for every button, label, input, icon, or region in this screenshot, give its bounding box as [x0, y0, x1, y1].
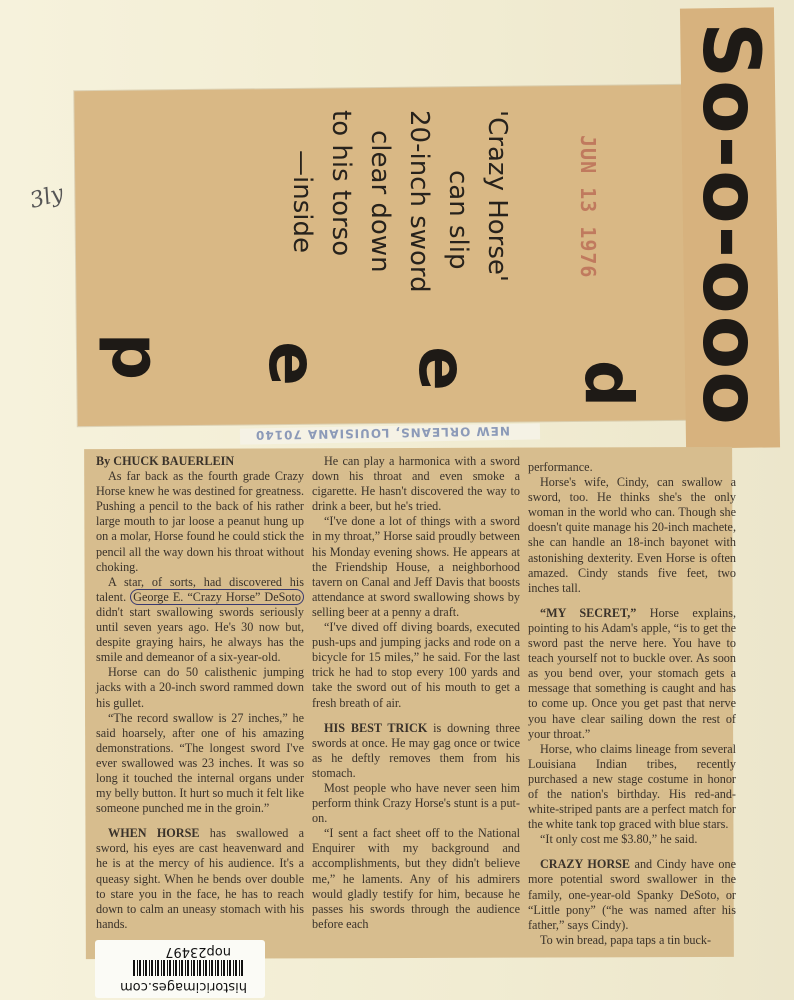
- paragraph: “I've dived off diving boards, executed …: [312, 620, 520, 711]
- archive-id: nop23497: [165, 944, 231, 959]
- archive-barcode-label: historicimages.com nop23497: [95, 940, 265, 998]
- paragraph: A star, of sorts, had discovered his tal…: [96, 575, 304, 666]
- date-stamp: JUN 13 1976: [576, 135, 600, 278]
- teaser-line: clear down: [365, 130, 395, 273]
- paragraph: “MY SECRET,” Horse explains, pointing to…: [528, 606, 736, 742]
- headline-deep-letter: d: [570, 360, 647, 407]
- paragraph: CRAZY HORSE and Cindy have one more pote…: [528, 857, 736, 932]
- teaser-line: can slip: [443, 170, 473, 269]
- paragraph: As far back as the fourth grade Crazy Ho…: [96, 469, 304, 575]
- teaser-line: 'Crazy Horse': [482, 110, 512, 282]
- article-column-2: He can play a harmonica with a sword dow…: [312, 454, 520, 932]
- headline-deep-letter: p: [97, 333, 174, 380]
- archive-site: historicimages.com: [120, 979, 247, 994]
- paragraph: performance.: [528, 460, 736, 475]
- paragraph: “I've done a lot of things with a sword …: [312, 514, 520, 620]
- article-column-1: By CHUCK BAUERLEIN As far back as the fo…: [96, 454, 304, 932]
- paragraph: Horse's wife, Cindy, can swallow a sword…: [528, 475, 736, 596]
- paragraph: To win bread, papa taps a tin buck-: [528, 933, 736, 948]
- barcode-icon: [133, 960, 243, 976]
- article-column-3: performance. Horse's wife, Cindy, can sw…: [528, 460, 736, 948]
- paragraph: Horse, who claims lineage from several L…: [528, 742, 736, 833]
- paragraph: “I sent a fact sheet off to the National…: [312, 826, 520, 932]
- headline-teaser: 'Crazy Horse' can slip 20-inch sword cle…: [280, 110, 520, 310]
- paragraph: Most people who have never seen him perf…: [312, 781, 520, 826]
- teaser-line: —inside: [287, 150, 317, 253]
- paragraph: HIS BEST TRICK is downing three swords a…: [312, 721, 520, 781]
- paragraph: He can play a harmonica with a sword dow…: [312, 454, 520, 514]
- teaser-line: to his torso: [326, 110, 356, 256]
- headline-deep-letter: e: [254, 341, 331, 386]
- headline-main: So-o-ooo: [690, 22, 770, 427]
- paragraph: Horse can do 50 calisthenic jumping jack…: [96, 665, 304, 710]
- paragraph: “The record swallow is 27 inches,” he sa…: [96, 711, 304, 817]
- circled-name: George E. “Crazy Horse” DeSoto: [130, 589, 304, 605]
- teaser-line: 20-inch sword: [404, 110, 434, 293]
- paragraph: “It only cost me $3.80,” he said.: [528, 832, 736, 847]
- headline-deep-letter: e: [404, 346, 481, 391]
- byline: By CHUCK BAUERLEIN: [96, 454, 304, 469]
- headline: So-o-ooo: [690, 22, 770, 422]
- paragraph: WHEN HORSE has swallowed a sword, his ey…: [96, 826, 304, 932]
